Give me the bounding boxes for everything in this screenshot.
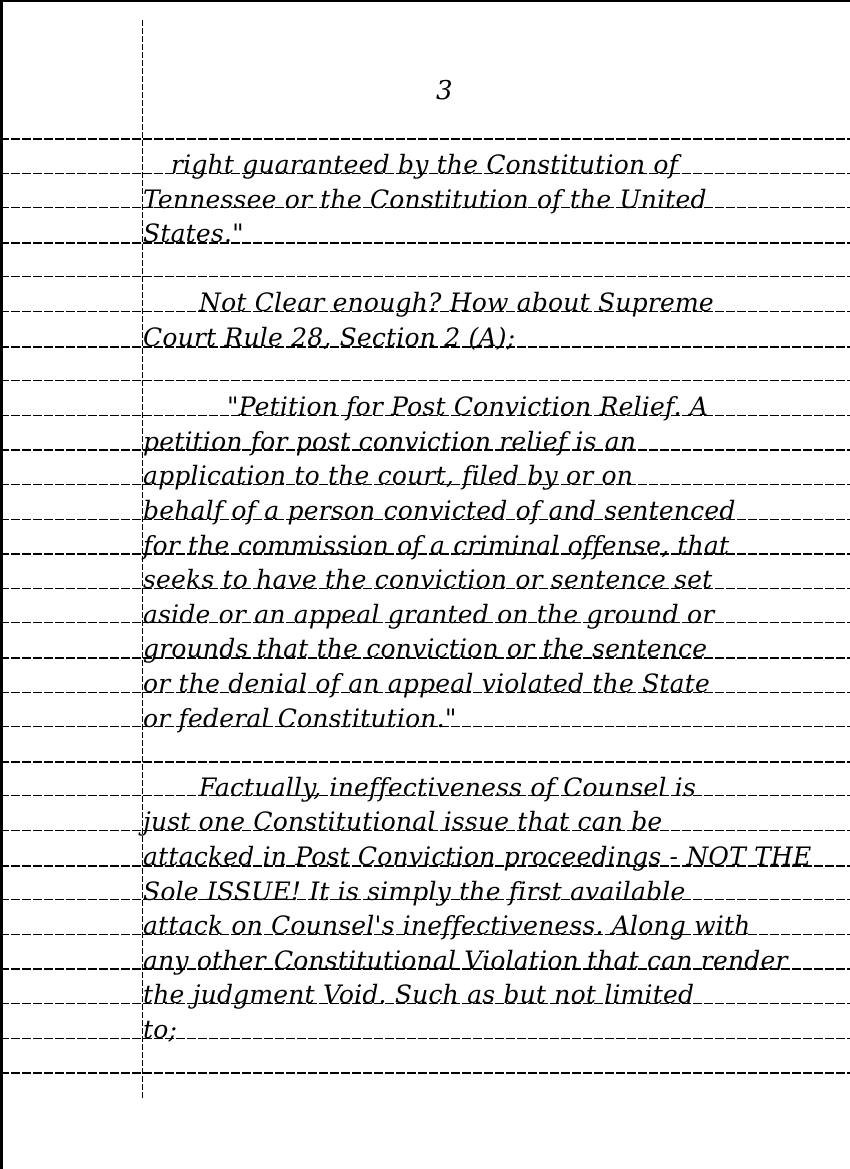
text-line: right guaranteed by the Constitution of (171, 150, 678, 180)
text-line: to; (143, 1015, 177, 1045)
text-line: grounds that the conviction or the sente… (143, 634, 707, 664)
text-line: or federal Constitution." (143, 704, 457, 734)
text-line: or the denial of an appeal violated the … (143, 669, 710, 699)
page-number: 3 (436, 76, 453, 106)
ruled-line (0, 242, 850, 244)
text-line: petition for post conviction relief is a… (143, 427, 636, 457)
ruled-line (0, 1038, 850, 1039)
text-line: for the commission of a criminal offense… (143, 531, 729, 561)
ruled-line (0, 761, 850, 763)
text-line: attack on Counsel's ineffectiveness. Alo… (143, 911, 750, 941)
page-border-left (0, 0, 3, 1169)
text-line: Factually, ineffectiveness of Counsel is (199, 773, 696, 803)
ruled-line (0, 1072, 850, 1074)
ruled-line (0, 138, 850, 140)
text-line: attacked in Post Conviction proceedings … (143, 842, 811, 872)
ruled-line (0, 276, 850, 277)
text-line: States." (143, 219, 244, 249)
page-border-top (0, 0, 850, 2)
text-line: Court Rule 28, Section 2 (A); (143, 323, 515, 353)
ruled-line (0, 380, 850, 381)
text-line: aside or an appeal granted on the ground… (143, 600, 714, 630)
text-line: Sole ISSUE! It is simply the first avail… (143, 877, 686, 907)
text-line: application to the court, filed by or on (143, 461, 633, 491)
text-line: any other Constitutional Violation that … (143, 946, 788, 976)
text-line: Tennessee or the Constitution of the Uni… (143, 185, 707, 215)
text-line: Not Clear enough? How about Supreme (199, 288, 714, 318)
text-line: just one Constitutional issue that can b… (143, 807, 662, 837)
text-line: behalf of a person convicted of and sent… (143, 496, 736, 526)
text-line: seeks to have the conviction or sentence… (143, 565, 712, 595)
text-line: the judgment Void. Such as but not limit… (143, 980, 694, 1010)
handwritten-page: 3 right guaranteed by the Constitution o… (0, 0, 850, 1169)
text-line: "Petition for Post Conviction Relief. A (227, 392, 708, 422)
